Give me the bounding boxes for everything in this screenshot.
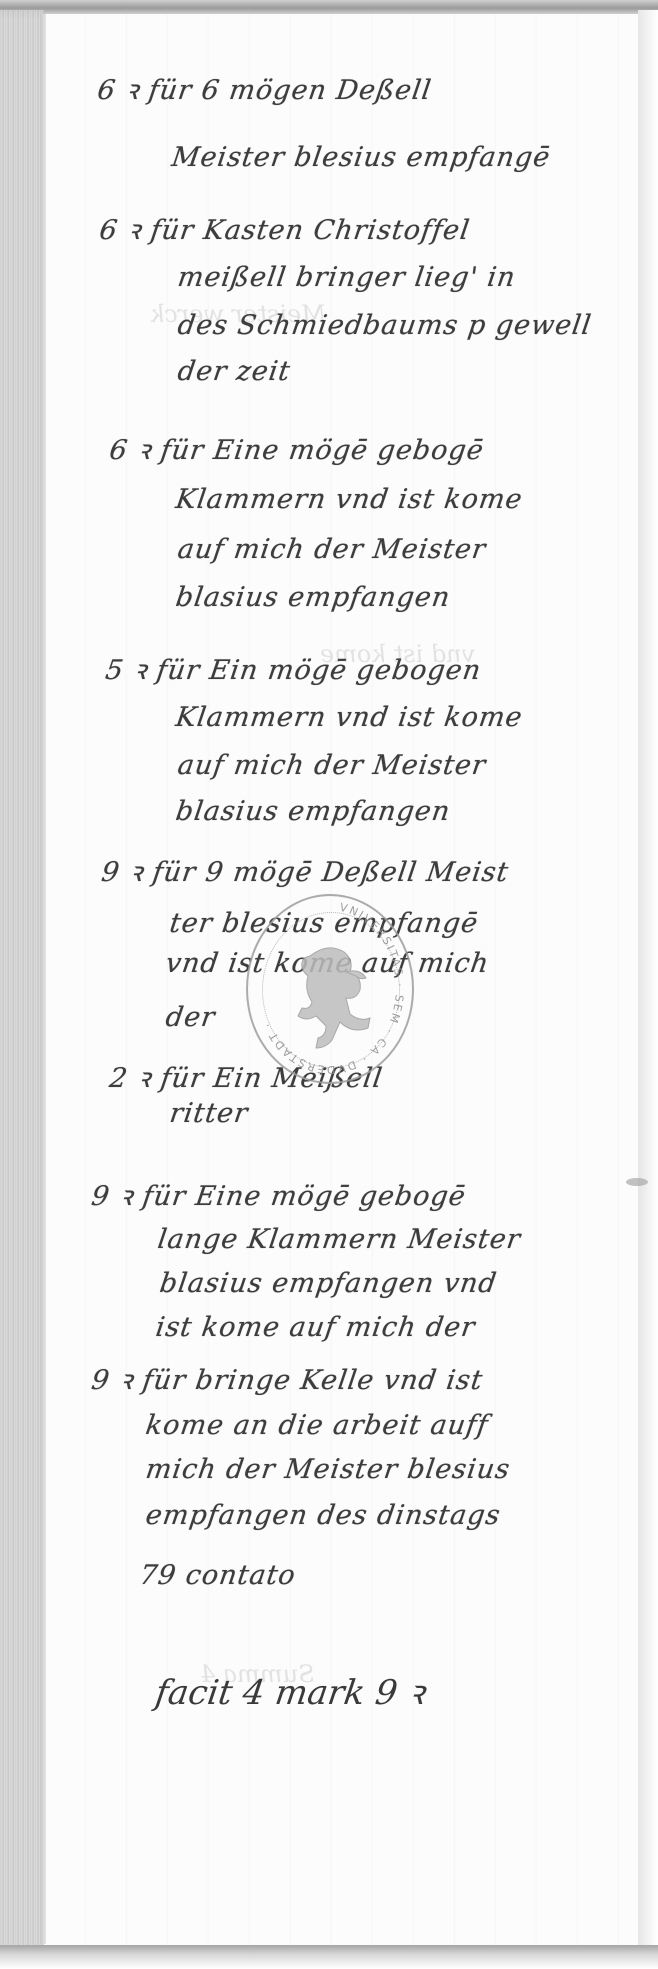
entry-2-line-2: meißell bringer lieg' in (176, 262, 518, 293)
entry-3-line-2: Klammern vnd ist kome (174, 484, 525, 515)
entry-6-line-2: ritter (168, 1098, 250, 1129)
archive-stamp: VNIVERSITAS · SEM · CA · DVDERSTADT · (246, 894, 414, 1084)
entry-7-line-1: 9 ꝛ für Eine mögē gebogē (89, 1176, 468, 1213)
entry-8-line-4: empfangen des dinstags (144, 1500, 503, 1531)
entry-8-line-3: mich der Meister blesius (144, 1454, 513, 1485)
entry-2-line-4: der zeit (176, 356, 293, 387)
entry-4-line-1: 5 ꝛ für Ein mögē gebogen (103, 650, 484, 687)
entry-5-line-1: 9 ꝛ für 9 mögē Deßell Meist (99, 852, 511, 889)
entry-8-line-2: kome an die arbeit auff (144, 1410, 490, 1441)
total-sum: facit 4 mark 9 ꝛ (153, 1668, 428, 1714)
entry-7-line-4: ist kome auf mich der (154, 1312, 478, 1343)
entry-7-line-2: lange Klammern Meister (156, 1224, 523, 1255)
entry-1-line-1: 6 ꝛ für 6 mögen Deßell (95, 70, 434, 107)
entry-4-line-2: Klammern vnd ist kome (174, 702, 525, 733)
entry-7-line-3: blasius empfangen vnd (158, 1268, 499, 1299)
contato-note: 79 contato (138, 1560, 298, 1591)
entry-8-line-1: 9 ꝛ für bringe Kelle vnd ist (89, 1360, 485, 1397)
entry-3-line-1: 6 ꝛ für Eine mögē gebogē (107, 430, 486, 467)
entry-3-line-3: auf mich der Meister (176, 534, 488, 565)
entry-1-line-2: Meister blesius empfangē (170, 142, 553, 173)
entry-4-line-3: auf mich der Meister (176, 750, 488, 781)
scanned-page: Meister werck vnd ist kome Summa 4 6 ꝛ f… (0, 0, 658, 1969)
entry-2-line-3: des Schmiedbaums p gewell (176, 310, 594, 341)
entry-3-line-4: blasius empfangen (174, 582, 453, 613)
entry-5-line-4: der (164, 1002, 218, 1033)
entry-2-line-1: 6 ꝛ für Kasten Christoffel (97, 210, 472, 247)
lion-rampant-icon: VNIVERSITAS · SEM · CA · DVDERSTADT · (248, 896, 412, 1082)
entry-4-line-4: blasius empfangen (174, 796, 453, 827)
